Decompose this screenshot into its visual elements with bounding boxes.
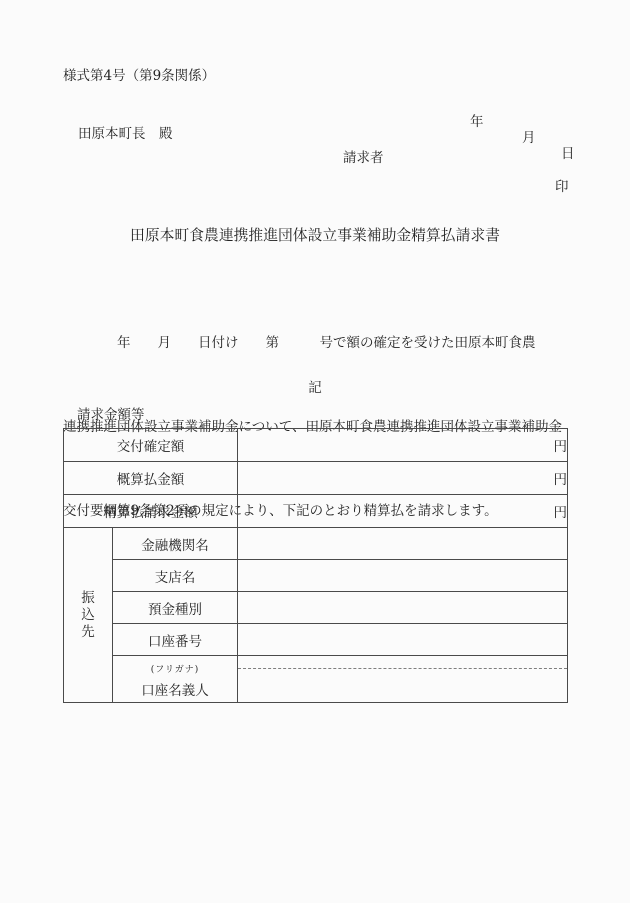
amount-row-label: 概算払金額 [64, 462, 238, 495]
amount-row-label: 精算払請求金額 [64, 495, 238, 528]
transfer-group-label: 振込先 [81, 590, 95, 641]
amount-value-cell: 円 [238, 429, 568, 462]
document-page: { "document": { "form_number": "様式第4号（第9… [0, 0, 630, 903]
account-holder-label-cell: (フリガナ) 口座名義人 [113, 656, 238, 703]
amount-unit-label: 円 [554, 439, 568, 455]
transfer-value-cell [238, 560, 568, 592]
transfer-row-label: 預金種別 [113, 592, 238, 624]
date-day-label: 日 [561, 142, 575, 162]
amount-row: 概算払金額 円 [64, 462, 568, 495]
amount-row: 精算払請求金額 円 [64, 495, 568, 528]
claim-amount-table: 交付確定額 円 概算払金額 円 精算払請求金額 円 振込先 金融機関名 支店名 … [63, 428, 568, 703]
transfer-row: 支店名 [64, 560, 568, 592]
transfer-value-cell [238, 528, 568, 560]
document-title: 田原本町食農連携推進団体設立事業補助金精算払請求書 [0, 224, 630, 245]
transfer-group-cell: 振込先 [64, 528, 113, 703]
form-number-label: 様式第4号（第9条関係） [63, 64, 215, 84]
account-holder-value-cell [238, 656, 568, 703]
date-line: 年 月 日 [0, 94, 630, 112]
amount-row: 交付確定額 円 [64, 429, 568, 462]
table-caption: 請求金額等 [77, 403, 145, 423]
amount-unit-label: 円 [554, 472, 568, 488]
amount-value-cell: 円 [238, 495, 568, 528]
body-line: 年 月 日付け 第 号で額の確定を受けた田原本町食農 [63, 329, 575, 357]
date-month-label: 月 [522, 126, 536, 146]
furigana-value-area [238, 657, 567, 669]
account-holder-row: (フリガナ) 口座名義人 [64, 656, 568, 703]
transfer-row: 振込先 金融機関名 [64, 528, 568, 560]
date-year-label: 年 [470, 110, 484, 130]
account-holder-value-area [238, 669, 567, 702]
amount-value-cell: 円 [238, 462, 568, 495]
transfer-row-label: 金融機関名 [113, 528, 238, 560]
transfer-value-cell [238, 624, 568, 656]
transfer-row: 口座番号 [64, 624, 568, 656]
record-mark: 記 [0, 376, 630, 396]
transfer-row: 預金種別 [64, 592, 568, 624]
transfer-value-cell [238, 592, 568, 624]
transfer-row-label: 支店名 [113, 560, 238, 592]
transfer-row-label: 口座番号 [113, 624, 238, 656]
amount-unit-label: 円 [554, 505, 568, 521]
amount-row-label: 交付確定額 [64, 429, 238, 462]
account-holder-label: 口座名義人 [113, 676, 237, 699]
addressee-label: 田原本町長 殿 [78, 122, 173, 142]
furigana-label: (フリガナ) [113, 660, 237, 676]
claimant-label: 請求者 [343, 146, 384, 166]
seal-label: 印 [555, 175, 569, 195]
